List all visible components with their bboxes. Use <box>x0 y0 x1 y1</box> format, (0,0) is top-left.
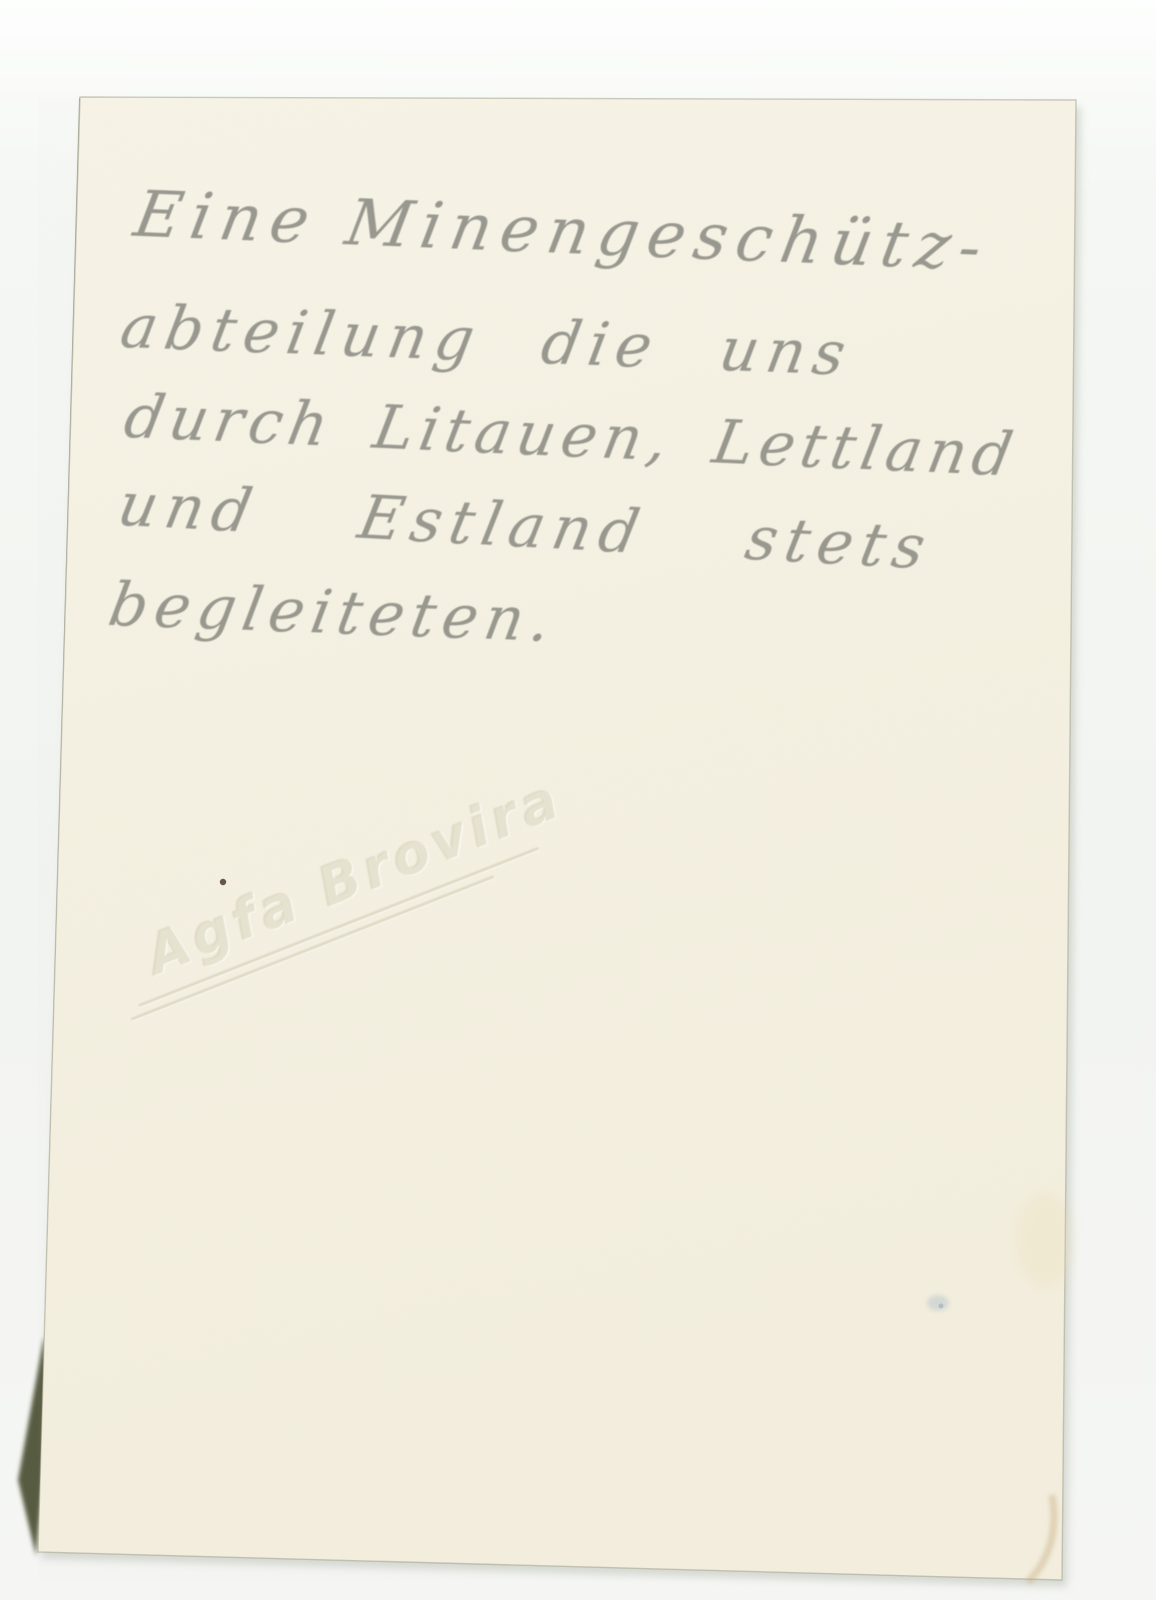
handwriting-line-4: und Estland stets <box>112 470 938 583</box>
handwriting-line-2: abteilung die uns <box>115 292 858 390</box>
handwriting-line-5: begleiteten. <box>104 570 563 656</box>
paper-watermark: Agfa Brovira <box>138 766 579 1006</box>
scanned-photo-back: Eine Minengeschütz- abteilung die uns du… <box>0 0 1156 1600</box>
card-content-layer: Eine Minengeschütz- abteilung die uns du… <box>0 0 1156 1600</box>
watermark-text: Agfa Brovira <box>138 766 571 986</box>
handwriting-line-3: durch Litauen, Lettland <box>119 382 1024 490</box>
handwriting-line-1: Eine Minengeschütz- <box>129 178 997 286</box>
